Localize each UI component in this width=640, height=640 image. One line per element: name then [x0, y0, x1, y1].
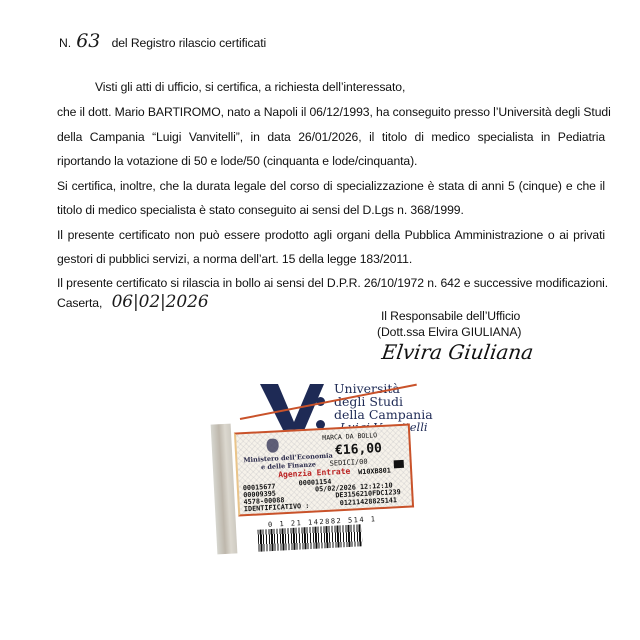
place: Caserta,	[57, 296, 102, 310]
body-line-6: titolo di medico specialista è stato con…	[57, 203, 464, 217]
body-line-9: Il presente certificato si rilascia in b…	[57, 276, 608, 290]
barcode	[257, 524, 362, 551]
number-prefix: N.	[59, 36, 71, 50]
body-line-8: gestori di pubblici servizi, a norma del…	[57, 252, 412, 266]
body-line-5: Si certifica, inoltre, che la durata leg…	[57, 179, 605, 193]
stamp-identificativo: 01211428825141	[340, 496, 398, 507]
date-handwritten: 06|02|2026	[112, 292, 209, 312]
body-line-2: che il dott. Mario BARTIROMO, nato a Nap…	[57, 105, 605, 119]
register-number-handwritten: 63	[76, 30, 100, 52]
signature-role: Il Responsabile dell’Ufficio	[381, 309, 520, 323]
body-line-1: Visti gli atti di ufficio, si certifica,…	[95, 80, 405, 94]
republic-emblem-icon	[266, 438, 279, 453]
body-line-4: riportando la votazione di 50 e lode/50 …	[57, 154, 417, 168]
register-label: del Registro rilascio certificati	[112, 36, 267, 50]
stamp-amount: €16,00	[335, 441, 383, 458]
body-line-3: della Campania “Luigi Vanvitelli”, in da…	[57, 130, 605, 144]
handwritten-signature: Elvira Giuliana	[380, 340, 535, 364]
body-line-7: Il presente certificato non può essere p…	[57, 228, 605, 242]
signature-name: (Dott.ssa Elvira GIULIANA)	[377, 325, 521, 339]
revenue-stamp: MARCA DA BOLLO €16,00 Ministero dell’Eco…	[234, 423, 414, 516]
adhesive-tape	[211, 424, 238, 555]
stamp-black-mark	[394, 460, 404, 469]
place-date: Caserta, 06|02|2026	[57, 292, 209, 312]
stamp-label: MARCA DA BOLLO	[322, 431, 377, 442]
stamp-serial-top: W10XB801	[358, 467, 391, 477]
register-number-line: N. 63 del Registro rilascio certificati	[59, 30, 266, 52]
